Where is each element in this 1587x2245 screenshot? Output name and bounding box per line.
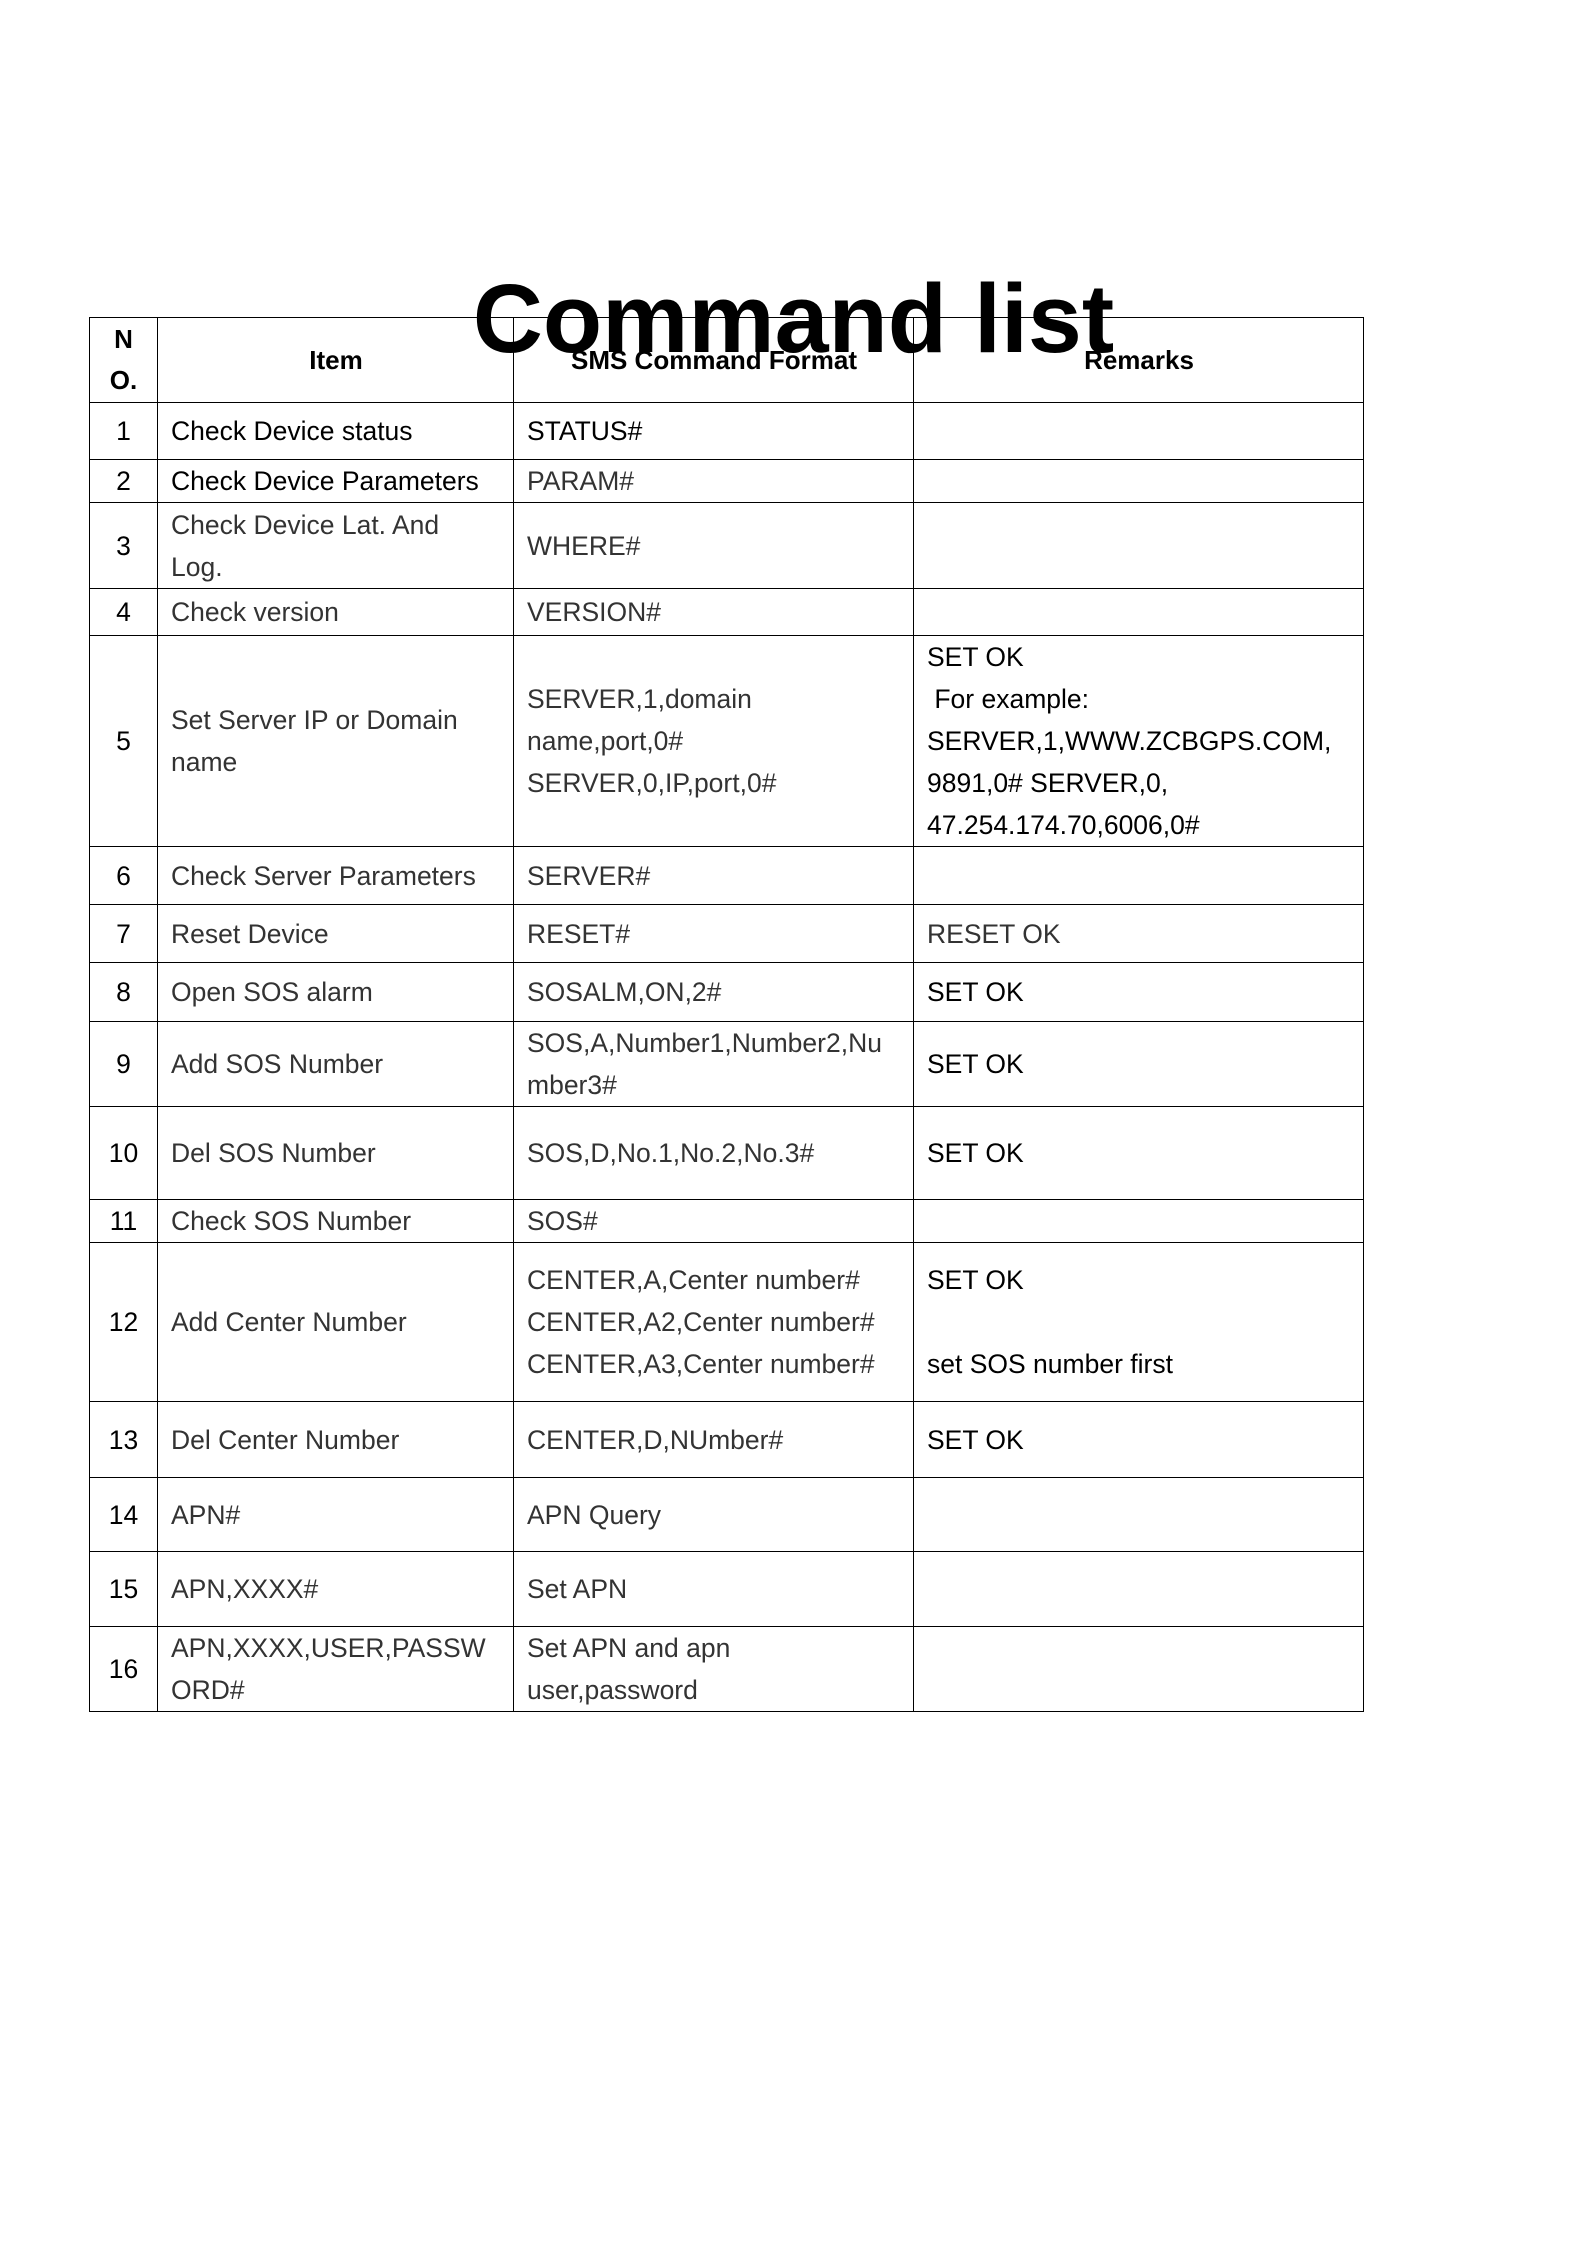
table-row: 8Open SOS alarmSOSALM,ON,2#SET OK (90, 963, 1364, 1022)
table-row: 10Del SOS NumberSOS,D,No.1,No.2,No.3#SET… (90, 1107, 1364, 1200)
cell-remarks (914, 1478, 1364, 1552)
cell-command-line: name,port,0# (527, 720, 901, 762)
cell-command-line: SOS# (527, 1200, 901, 1242)
cell-command: CENTER,D,NUmber# (514, 1402, 914, 1478)
cell-number: 7 (90, 905, 158, 963)
cell-item: Del Center Number (158, 1402, 514, 1478)
cell-item: Check Server Parameters (158, 847, 514, 905)
cell-item-line: Add SOS Number (171, 1043, 501, 1085)
cell-remarks-line: SET OK (927, 1259, 1351, 1301)
cell-remarks: SET OK (914, 1402, 1364, 1478)
cell-number: 12 (90, 1243, 158, 1402)
cell-command-line: SOS,D,No.1,No.2,No.3# (527, 1132, 901, 1174)
cell-command: APN Query (514, 1478, 914, 1552)
cell-remarks (914, 1627, 1364, 1712)
cell-remarks-line (927, 1301, 1351, 1343)
cell-command: PARAM# (514, 460, 914, 503)
cell-command-line: SOSALM,ON,2# (527, 971, 901, 1013)
cell-command-line: user,password (527, 1669, 901, 1711)
cell-number: 9 (90, 1022, 158, 1107)
cell-item-line: Log. (171, 546, 501, 588)
cell-item: Open SOS alarm (158, 963, 514, 1022)
cell-item-line: Check Device status (171, 410, 501, 452)
cell-command: SERVER# (514, 847, 914, 905)
cell-item: Check Device status (158, 403, 514, 460)
cell-command: SOS# (514, 1200, 914, 1243)
cell-command-line: VERSION# (527, 591, 901, 633)
table-row: 13Del Center NumberCENTER,D,NUmber#SET O… (90, 1402, 1364, 1478)
cell-command: VERSION# (514, 589, 914, 636)
cell-item: Check SOS Number (158, 1200, 514, 1243)
cell-remarks-line: SERVER,1,WWW.ZCBGPS.COM, (927, 720, 1351, 762)
table-row: 5Set Server IP or DomainnameSERVER,1,dom… (90, 636, 1364, 847)
header-no: NO. (90, 318, 158, 403)
command-table: NO. Item SMS Command Format Remarks 1Che… (89, 317, 1364, 1712)
cell-remarks: SET OK (914, 1107, 1364, 1200)
cell-command-line: CENTER,A2,Center number# (527, 1301, 901, 1343)
cell-command-line: Set APN and apn (527, 1627, 901, 1669)
table-header-row: NO. Item SMS Command Format Remarks (90, 318, 1364, 403)
table-row: 7Reset DeviceRESET#RESET OK (90, 905, 1364, 963)
cell-command-line: APN Query (527, 1494, 901, 1536)
cell-remarks (914, 847, 1364, 905)
table-row: 9Add SOS NumberSOS,A,Number1,Number2,Num… (90, 1022, 1364, 1107)
cell-remarks (914, 1552, 1364, 1627)
cell-command-line: CENTER,A3,Center number# (527, 1343, 901, 1385)
table-row: 16APN,XXXX,USER,PASSWORD#Set APN and apn… (90, 1627, 1364, 1712)
cell-number: 3 (90, 503, 158, 589)
cell-item: Del SOS Number (158, 1107, 514, 1200)
cell-remarks (914, 403, 1364, 460)
cell-remarks-line: 9891,0# SERVER,0, (927, 762, 1351, 804)
cell-command: Set APN and apnuser,password (514, 1627, 914, 1712)
cell-number: 5 (90, 636, 158, 847)
cell-item: Reset Device (158, 905, 514, 963)
cell-remarks (914, 589, 1364, 636)
cell-command: STATUS# (514, 403, 914, 460)
cell-number: 10 (90, 1107, 158, 1200)
cell-remarks-line: SET OK (927, 636, 1351, 678)
cell-number: 8 (90, 963, 158, 1022)
cell-number: 14 (90, 1478, 158, 1552)
cell-command-line: WHERE# (527, 525, 901, 567)
header-remarks: Remarks (914, 318, 1364, 403)
cell-item: Check Device Lat. AndLog. (158, 503, 514, 589)
cell-number: 15 (90, 1552, 158, 1627)
cell-item: Check version (158, 589, 514, 636)
cell-remarks (914, 503, 1364, 589)
cell-command-line: SOS,A,Number1,Number2,Nu (527, 1022, 901, 1064)
cell-command-line: SERVER# (527, 855, 901, 897)
cell-item-line: Set Server IP or Domain (171, 699, 501, 741)
cell-number: 16 (90, 1627, 158, 1712)
cell-item-line: Check Device Parameters (171, 460, 501, 502)
cell-remarks-line: RESET OK (927, 913, 1351, 955)
cell-number: 11 (90, 1200, 158, 1243)
table-row: 1Check Device statusSTATUS# (90, 403, 1364, 460)
cell-remarks: SET OK set SOS number first (914, 1243, 1364, 1402)
table-row: 12Add Center NumberCENTER,A,Center numbe… (90, 1243, 1364, 1402)
cell-item: APN,XXXX# (158, 1552, 514, 1627)
cell-item-line: name (171, 741, 501, 783)
cell-command-line: STATUS# (527, 410, 901, 452)
cell-item: APN# (158, 1478, 514, 1552)
table-row: 2Check Device ParametersPARAM# (90, 460, 1364, 503)
table-row: 11Check SOS NumberSOS# (90, 1200, 1364, 1243)
cell-remarks: SET OK (914, 1022, 1364, 1107)
cell-item: Check Device Parameters (158, 460, 514, 503)
cell-item-line: APN# (171, 1494, 501, 1536)
header-item: Item (158, 318, 514, 403)
cell-command-line: SERVER,1,domain (527, 678, 901, 720)
cell-item: APN,XXXX,USER,PASSWORD# (158, 1627, 514, 1712)
cell-remarks (914, 1200, 1364, 1243)
cell-remarks: RESET OK (914, 905, 1364, 963)
cell-item: Add Center Number (158, 1243, 514, 1402)
cell-command-line: CENTER,A,Center number# (527, 1259, 901, 1301)
cell-command: RESET# (514, 905, 914, 963)
cell-remarks: SET OK (914, 963, 1364, 1022)
cell-number: 4 (90, 589, 158, 636)
cell-item-line: APN,XXXX,USER,PASSW (171, 1627, 501, 1669)
table-row: 14APN#APN Query (90, 1478, 1364, 1552)
cell-item: Add SOS Number (158, 1022, 514, 1107)
cell-number: 6 (90, 847, 158, 905)
cell-item-line: APN,XXXX# (171, 1568, 501, 1610)
table-row: 4Check versionVERSION# (90, 589, 1364, 636)
cell-command-line: RESET# (527, 913, 901, 955)
cell-item-line: ORD# (171, 1669, 501, 1711)
cell-item: Set Server IP or Domainname (158, 636, 514, 847)
cell-command: SOS,A,Number1,Number2,Number3# (514, 1022, 914, 1107)
cell-remarks-line: SET OK (927, 1132, 1351, 1174)
header-command: SMS Command Format (514, 318, 914, 403)
cell-item-line: Reset Device (171, 913, 501, 955)
cell-item-line: Open SOS alarm (171, 971, 501, 1013)
cell-remarks-line: SET OK (927, 1419, 1351, 1461)
cell-item-line: Check version (171, 591, 501, 633)
cell-command: WHERE# (514, 503, 914, 589)
cell-item-line: Del SOS Number (171, 1132, 501, 1174)
cell-remarks-line: 47.254.174.70,6006,0# (927, 804, 1351, 846)
cell-item-line: Del Center Number (171, 1419, 501, 1461)
cell-number: 1 (90, 403, 158, 460)
table-row: 6Check Server ParametersSERVER# (90, 847, 1364, 905)
cell-remarks-line: SET OK (927, 971, 1351, 1013)
cell-command-line: SERVER,0,IP,port,0# (527, 762, 901, 804)
table-body: 1Check Device statusSTATUS#2Check Device… (90, 403, 1364, 1712)
cell-item-line: Check Device Lat. And (171, 504, 501, 546)
cell-item-line: Check Server Parameters (171, 855, 501, 897)
cell-number: 2 (90, 460, 158, 503)
cell-remarks (914, 460, 1364, 503)
table-row: 3Check Device Lat. AndLog.WHERE# (90, 503, 1364, 589)
cell-remarks-line: set SOS number first (927, 1343, 1351, 1385)
cell-command: SOSALM,ON,2# (514, 963, 914, 1022)
cell-item-line: Add Center Number (171, 1301, 501, 1343)
cell-item-line: Check SOS Number (171, 1200, 501, 1242)
cell-command-line: PARAM# (527, 460, 901, 502)
cell-command: CENTER,A,Center number#CENTER,A2,Center … (514, 1243, 914, 1402)
cell-remarks: SET OK For example:SERVER,1,WWW.ZCBGPS.C… (914, 636, 1364, 847)
cell-command: SERVER,1,domainname,port,0#SERVER,0,IP,p… (514, 636, 914, 847)
cell-number: 13 (90, 1402, 158, 1478)
cell-command-line: mber3# (527, 1064, 901, 1106)
cell-remarks-line: For example: (927, 678, 1351, 720)
cell-command: SOS,D,No.1,No.2,No.3# (514, 1107, 914, 1200)
cell-command-line: Set APN (527, 1568, 901, 1610)
cell-remarks-line: SET OK (927, 1043, 1351, 1085)
table-row: 15APN,XXXX#Set APN (90, 1552, 1364, 1627)
cell-command-line: CENTER,D,NUmber# (527, 1419, 901, 1461)
cell-command: Set APN (514, 1552, 914, 1627)
